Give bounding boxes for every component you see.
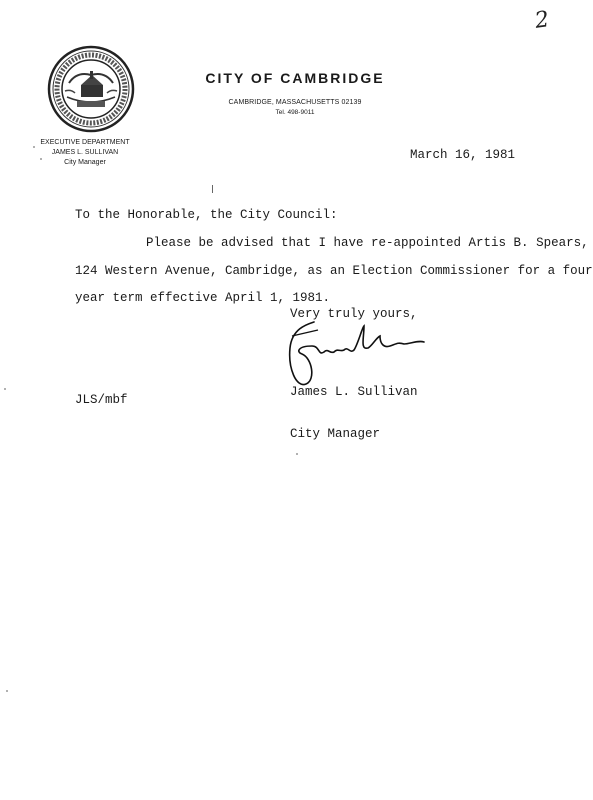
salutation: To the Honorable, the City Council: <box>75 208 338 222</box>
letter-date: March 16, 1981 <box>410 148 515 162</box>
letterhead-telephone: Tel. 498-9011 <box>200 109 390 116</box>
handwritten-page-number: 2 <box>533 7 550 34</box>
body-line-3: year term effective April 1, 1981. <box>75 291 330 305</box>
scan-speck <box>4 388 6 390</box>
body-line-2: 124 Western Avenue, Cambridge, as an Ele… <box>75 264 593 278</box>
city-seal-icon <box>47 45 135 133</box>
executive-department-block: EXECUTIVE DEPARTMENT JAMES L. SULLIVAN C… <box>35 138 135 168</box>
official-title: City Manager <box>35 158 135 168</box>
body-line-1: Please be advised that I have re-appoint… <box>146 236 589 250</box>
signer-title: City Manager <box>290 427 418 441</box>
scan-speck <box>40 158 42 160</box>
letterhead-city-name: CITY OF CAMBRIDGE <box>200 70 390 86</box>
official-name: JAMES L. SULLIVAN <box>35 148 135 158</box>
letterhead-address: CAMBRIDGE, MASSACHUSETTS 02139 <box>200 99 390 106</box>
signer-block: James L. Sullivan City Manager <box>290 357 418 469</box>
scan-speck <box>6 690 8 692</box>
signer-name: James L. Sullivan <box>290 385 418 399</box>
scan-mark <box>212 185 213 193</box>
reference-initials: JLS/mbf <box>75 393 128 407</box>
scan-speck <box>33 146 35 148</box>
scan-speck <box>296 453 298 455</box>
department-name: EXECUTIVE DEPARTMENT <box>35 138 135 148</box>
